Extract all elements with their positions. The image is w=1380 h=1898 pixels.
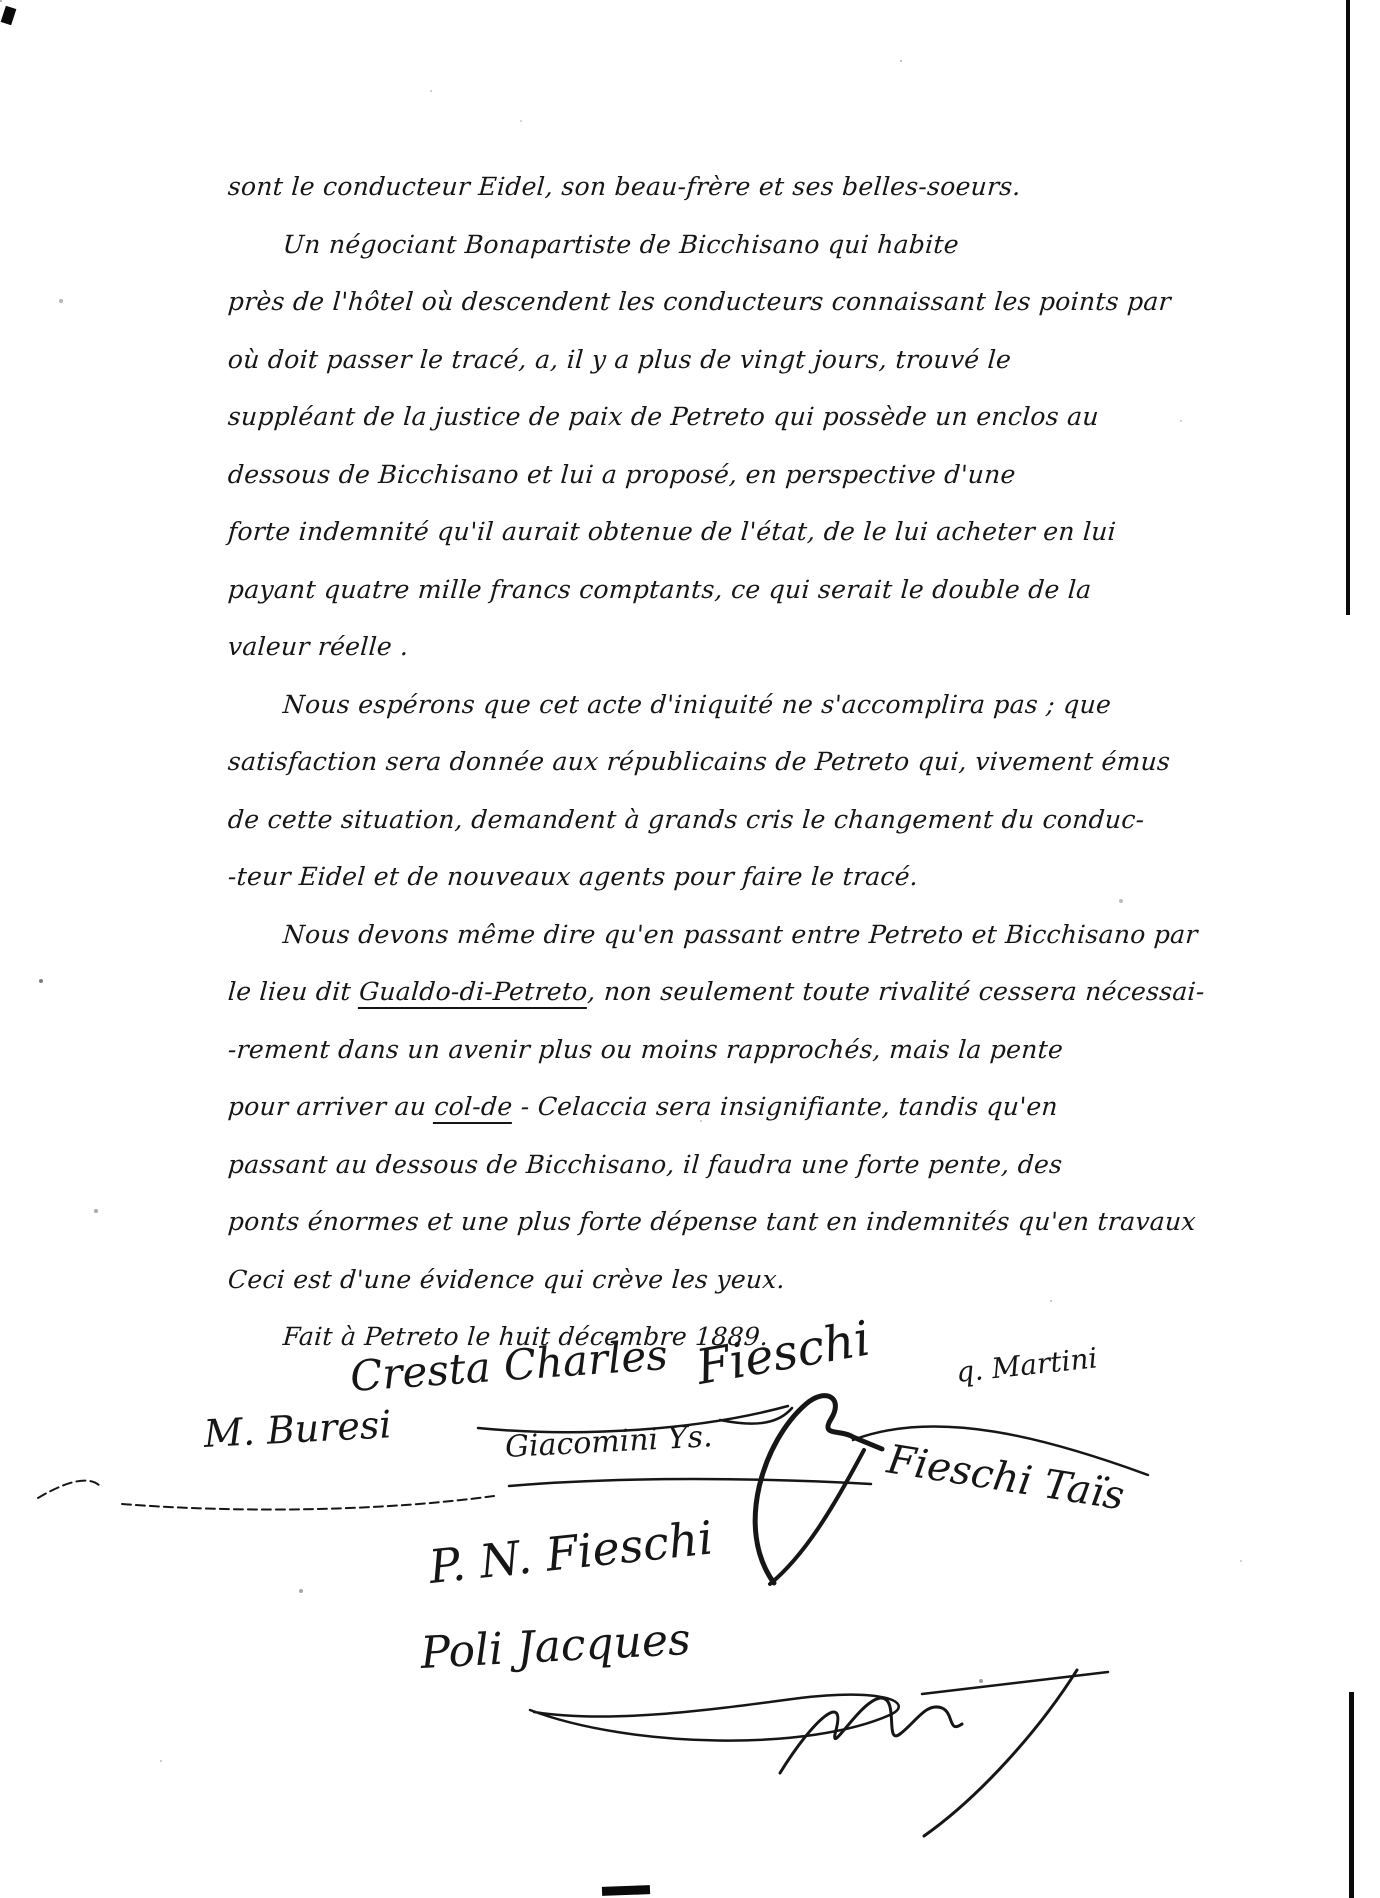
text-segment: -teur Eidel et de nouveaux agents pour f… (227, 862, 919, 891)
text-line: forte indemnité qu'il aurait obtenue de … (226, 503, 1170, 561)
text-segment: , non seulement toute rivalité cessera n… (587, 977, 1206, 1006)
text-line: dessous de Bicchisano et lui a proposé, … (226, 446, 1170, 504)
text-line: le lieu dit Gualdo-di-Petreto, non seule… (226, 963, 1170, 1021)
text-line: pour arriver au col-de - Celaccia sera i… (226, 1078, 1170, 1136)
scanned-document-page: sont le conducteur Eidel, son beau-frère… (0, 0, 1380, 1898)
text-line: près de l'hôtel où descendent les conduc… (226, 273, 1170, 331)
text-segment: dessous de Bicchisano et lui a proposé, … (227, 460, 1017, 489)
text-segment: Ceci est d'une évidence qui crève les ye… (227, 1265, 786, 1294)
scan-edge-mark-bottom (602, 1885, 650, 1896)
text-line: -teur Eidel et de nouveaux agents pour f… (226, 848, 1170, 906)
text-segment: -rement dans un avenir plus ou moins rap… (227, 1035, 1064, 1064)
text-line: satisfaction sera donnée aux républicain… (226, 733, 1170, 791)
scan-speckle (0, 0, 2, 2)
text-segment: passant au dessous de Bicchisano, il fau… (227, 1150, 1063, 1179)
text-segment: suppléant de la justice de paix de Petre… (227, 402, 1100, 431)
flourish-signature-bottom-right (772, 1648, 1162, 1843)
text-line: Ceci est d'une évidence qui crève les ye… (226, 1251, 1170, 1309)
text-segment: près de l'hôtel où descendent les conduc… (227, 287, 1172, 316)
text-line: -rement dans un avenir plus ou moins rap… (226, 1021, 1170, 1079)
text-segment: le lieu dit (227, 977, 360, 1006)
text-segment: de cette situation, demandent à grands c… (227, 805, 1145, 834)
document-body: sont le conducteur Eidel, son beau-frère… (228, 158, 1168, 1366)
text-segment: Nous devons même dire qu'en passant entr… (282, 920, 1199, 949)
text-line: Un négociant Bonapartiste de Bicchisano … (226, 216, 1170, 274)
signature-m-buresi: M. Buresi (203, 1402, 393, 1456)
text-line: Nous espérons que cet acte d'iniquité ne… (226, 676, 1170, 734)
text-segment: - Celaccia sera insignifiante, tandis qu… (512, 1092, 1059, 1121)
text-segment: sont le conducteur Eidel, son beau-frère… (227, 172, 1022, 201)
text-segment: forte indemnité qu'il aurait obtenue de … (227, 517, 1117, 546)
text-segment: pour arriver au (227, 1092, 435, 1121)
text-segment: satisfaction sera donnée aux républicain… (227, 747, 1171, 776)
underlined-text: col-de (433, 1092, 513, 1124)
scan-corner-mark-top-left (1, 6, 17, 26)
signature-pn-fieschi: P. N. Fieschi (426, 1511, 715, 1594)
underlined-text: Gualdo-di-Petreto (358, 977, 589, 1009)
text-segment: où doit passer le tracé, a, il y a plus … (227, 345, 1012, 374)
buresi-pen-stroke (32, 1470, 502, 1520)
scan-edge-line-right-bottom (1349, 1692, 1354, 1898)
text-line: de cette situation, demandent à grands c… (226, 791, 1170, 849)
text-segment: Un négociant Bonapartiste de Bicchisano … (282, 230, 960, 259)
text-segment: payant quatre mille francs comptants, ce… (227, 575, 1092, 604)
text-line: sont le conducteur Eidel, son beau-frère… (226, 158, 1170, 216)
text-line: suppléant de la justice de paix de Petre… (226, 388, 1170, 446)
text-line: payant quatre mille francs comptants, ce… (226, 561, 1170, 619)
text-line: où doit passer le tracé, a, il y a plus … (226, 331, 1170, 389)
text-line: passant au dessous de Bicchisano, il fau… (226, 1136, 1170, 1194)
text-line: valeur réelle . (226, 618, 1170, 676)
text-segment: ponts énormes et une plus forte dépense … (227, 1207, 1197, 1236)
text-segment: valeur réelle . (227, 632, 410, 661)
text-segment: Nous espérons que cet acte d'iniquité ne… (282, 690, 1112, 719)
text-line: ponts énormes et une plus forte dépense … (226, 1193, 1170, 1251)
scan-edge-line-right-top (1346, 0, 1350, 615)
text-line: Nous devons même dire qu'en passant entr… (226, 906, 1170, 964)
